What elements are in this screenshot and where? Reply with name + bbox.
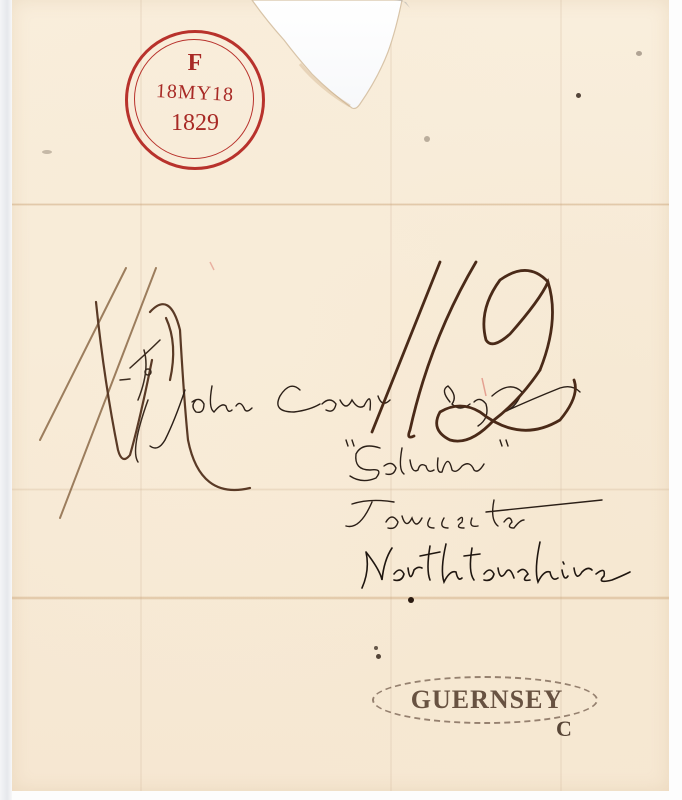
handstamp-text: GUERNSEY: [382, 685, 592, 715]
ink-spot: [636, 51, 642, 56]
ink-spot: [376, 654, 381, 659]
guernsey-handstamp: GUERNSEY C: [372, 676, 600, 728]
ink-spot: [42, 150, 52, 154]
ink-spot: [408, 597, 414, 603]
handstamp-mark: C: [556, 716, 572, 742]
ink-spot: [374, 646, 378, 650]
ink-spot: [576, 93, 581, 98]
ink-spot: [424, 136, 430, 142]
